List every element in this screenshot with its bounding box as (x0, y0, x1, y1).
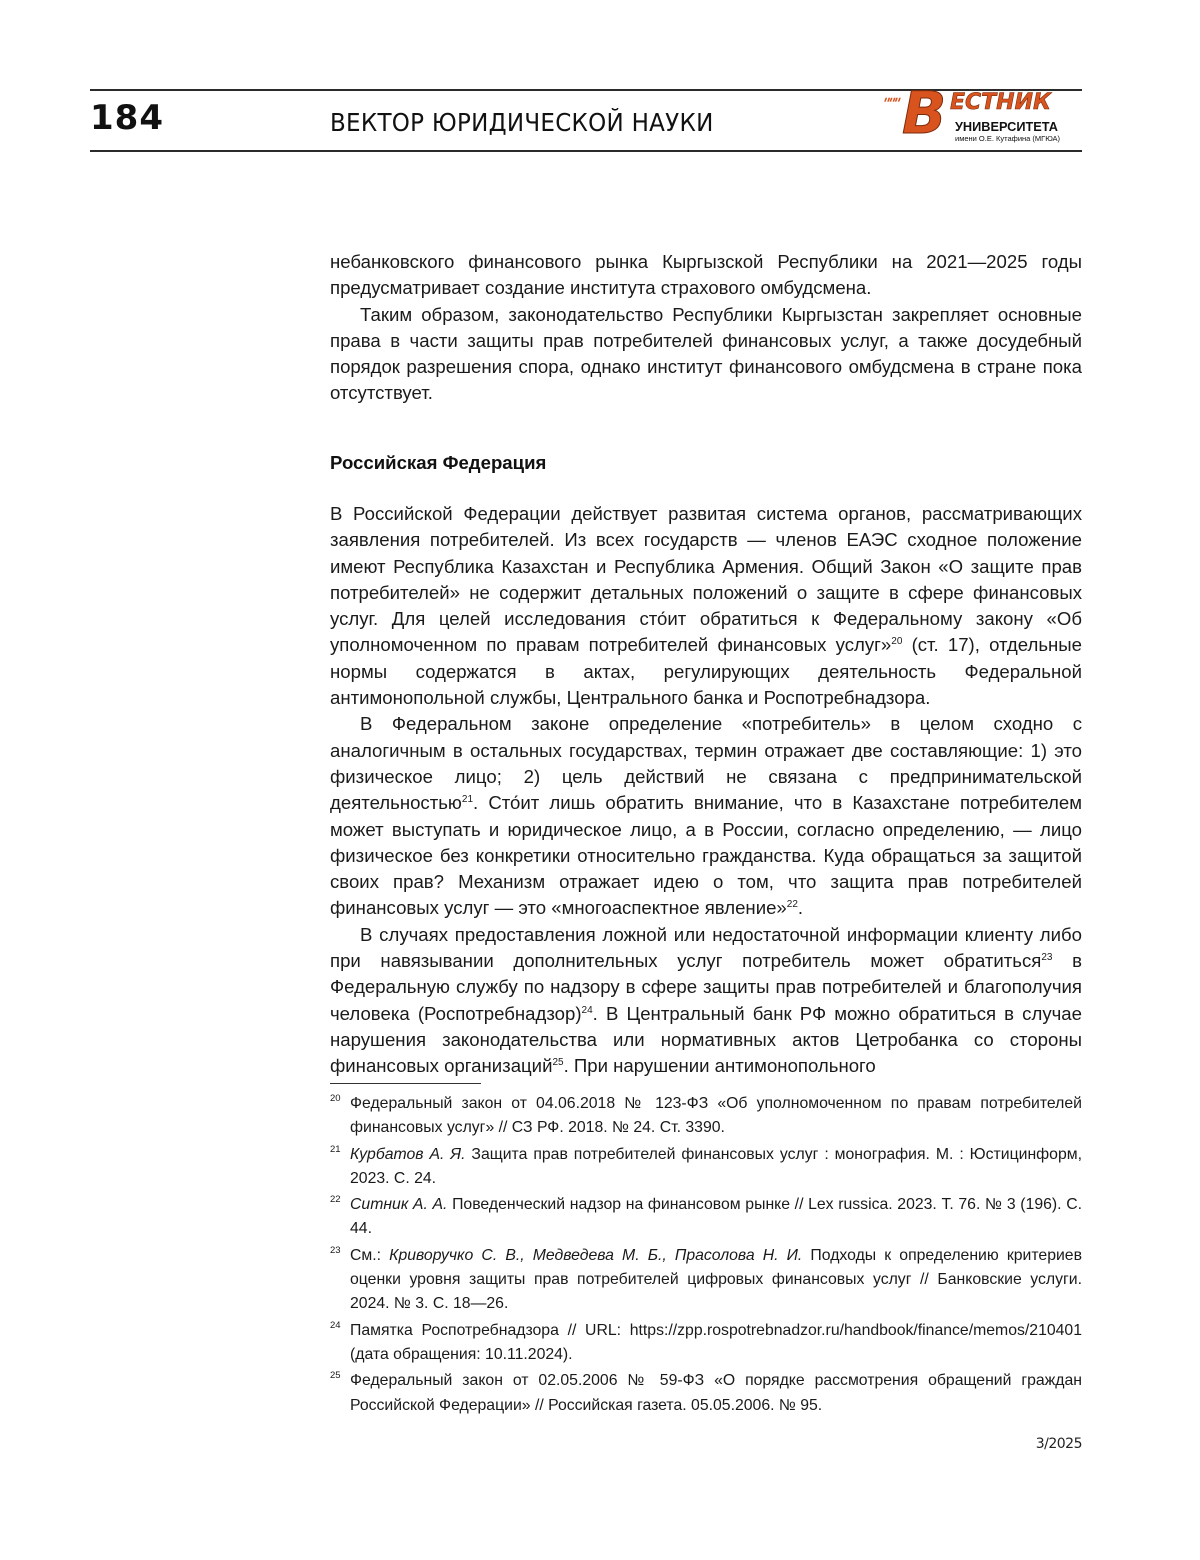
footnote-20: 20Федеральный закон от 04.06.2018 № 123-… (330, 1092, 1082, 1141)
logo-line1: ЕСТНИК (950, 92, 1051, 114)
logo-line3: имени О.Е. Кутафина (МГЮА) (955, 135, 1060, 143)
paragraph: В Российской Федерации действует развита… (330, 501, 1082, 711)
footnote-25: 25Федеральный закон от 02.05.2006 № 59-Ф… (330, 1369, 1082, 1418)
footnote-author: Курбатов А. Я. (350, 1146, 465, 1163)
footnote-ref[interactable]: 20 (891, 636, 902, 647)
footnote-ref[interactable]: 25 (552, 1057, 563, 1068)
section-heading: Российская Федерация (330, 452, 546, 474)
footnote-ref[interactable]: 22 (787, 899, 798, 910)
issue-number: 3/2025 (1010, 1436, 1082, 1452)
footnote-22: 22Ситник А. А. Поведенческий надзор на ф… (330, 1193, 1082, 1242)
paragraph: Таким образом, законодательство Республи… (330, 302, 1082, 407)
logo-initial: В (902, 84, 946, 142)
text-block-intro: небанковского финансового рынка Кыргызск… (330, 249, 1082, 407)
footnote-separator (330, 1083, 481, 1084)
paragraph: небанковского финансового рынка Кыргызск… (330, 249, 1082, 302)
footnotes: 20Федеральный закон от 04.06.2018 № 123-… (330, 1092, 1082, 1420)
footnote-link-text[interactable]: Памятка Роспотребнадзора // URL: https:/… (350, 1322, 1082, 1363)
paragraph: В Федеральном законе определение «потреб… (330, 711, 1082, 921)
footnote-24: 24Памятка Роспотребнадзора // URL: https… (330, 1319, 1082, 1368)
logo-line2: УНИВЕРСИТЕТА (955, 120, 1058, 133)
footnote-23: 23См.: Криворучко С. В., Медведева М. Б.… (330, 1244, 1082, 1317)
footnote-author: Криворучко С. В., Медведева М. Б., Прасо… (389, 1247, 802, 1264)
header-bottom-rule (90, 150, 1082, 152)
footnote-21: 21Курбатов А. Я. Защита прав потребителе… (330, 1143, 1082, 1192)
footnote-ref[interactable]: 24 (582, 1005, 593, 1016)
footnote-ref[interactable]: 23 (1041, 952, 1052, 963)
journal-section-title: ВЕКТОР ЮРИДИЧЕСКОЙ НАУКИ (330, 108, 714, 137)
footnote-author: Ситник А. А. (350, 1196, 447, 1213)
text-block-russia: В Российской Федерации действует развита… (330, 501, 1082, 1080)
footnote-ref[interactable]: 21 (462, 794, 473, 805)
paragraph: В случаях предоставления ложной или недо… (330, 922, 1082, 1080)
logo-speed-marks: """ (879, 96, 901, 112)
page-number: 184 (90, 98, 164, 138)
journal-logo: """ В ЕСТНИК УНИВЕРСИТЕТА имени О.Е. Кут… (880, 92, 1082, 148)
